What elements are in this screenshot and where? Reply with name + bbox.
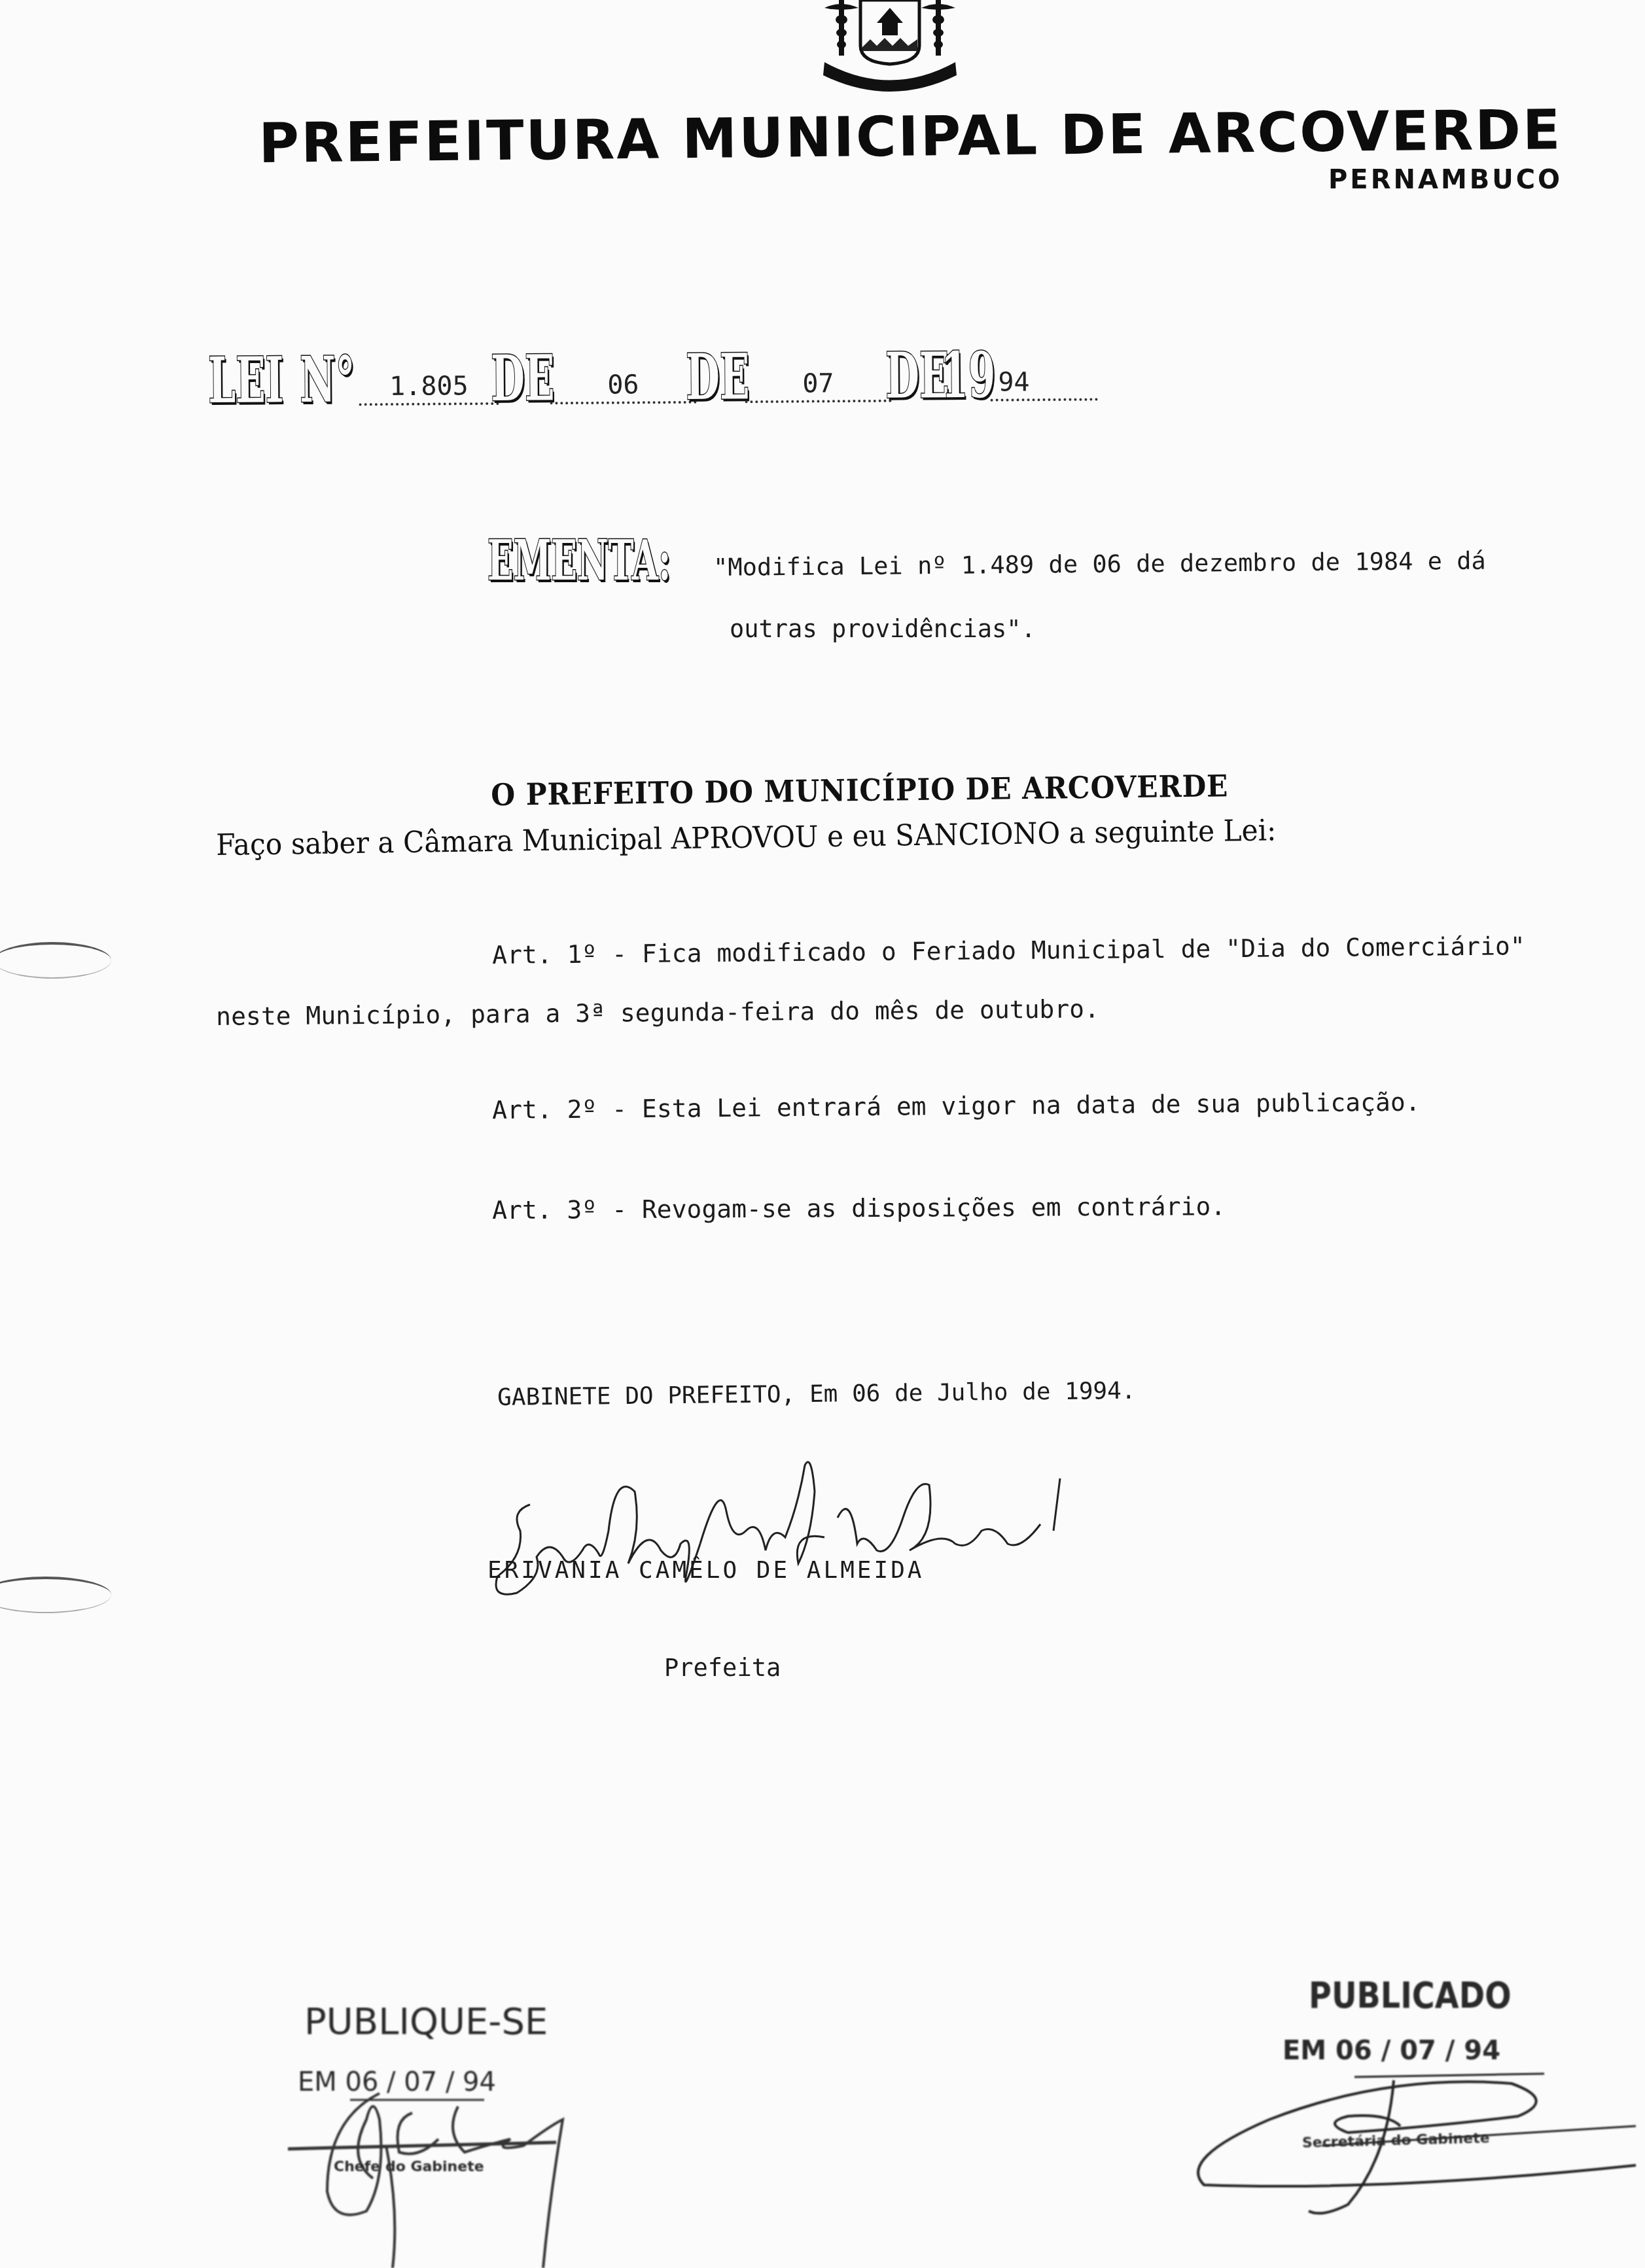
signer-name: ERIVANIA CAMÊLO DE ALMEIDA <box>487 1557 925 1584</box>
publique-se-stamp-title: PUBLIQUE-SE <box>304 2000 548 2043</box>
coat-of-arms-icon <box>811 0 968 92</box>
ementa-text-line-2: outras providências". <box>730 615 1036 643</box>
mayor-signature-icon <box>484 1452 1165 1616</box>
law-year-suffix: 94 <box>990 367 1097 402</box>
article-3: Art. 3º - Revogam-se as disposições em c… <box>492 1192 1226 1225</box>
law-header: LEI N° 1.805 DE 06 DE 07 DE 19 94 <box>208 340 1158 412</box>
law-day: 06 <box>550 370 696 405</box>
article-1-line-1: Art. 1º - Fica modificado o Feriado Muni… <box>492 932 1525 969</box>
promulgation-text: Faço saber a Câmara Municipal APROVOU e … <box>216 812 1277 862</box>
place-and-date: GABINETE DO PREFEITO, Em 06 de Julho de … <box>497 1378 1136 1411</box>
preamble-heading: O PREFEITO DO MUNICÍPIO DE ARCOVERDE <box>491 768 1229 812</box>
article-1-line-2: neste Município, para a 3ª segunda-feira… <box>216 994 1099 1031</box>
law-number: 1.805 <box>359 371 499 406</box>
letterhead-state: PERNAMBUCO <box>1328 165 1563 195</box>
letterhead-title: PREFEITURA MUNICIPAL DE ARCOVERDE <box>258 97 1563 175</box>
ementa-text-line-1: "Modifica Lei nº 1.489 de 06 de dezembro… <box>713 547 1486 582</box>
article-2: Art. 2º - Esta Lei entrará em vigor na d… <box>492 1088 1421 1125</box>
signer-role: Prefeita <box>664 1654 781 1682</box>
publique-se-stamp-role: Chefe do Gabinete <box>334 2159 484 2175</box>
punch-hole-tear-bottom <box>0 1577 111 1613</box>
punch-hole-tear-top <box>0 942 111 979</box>
publicado-stamp-title: PUBLICADO <box>1309 1974 1512 2017</box>
law-month: 07 <box>745 368 891 404</box>
